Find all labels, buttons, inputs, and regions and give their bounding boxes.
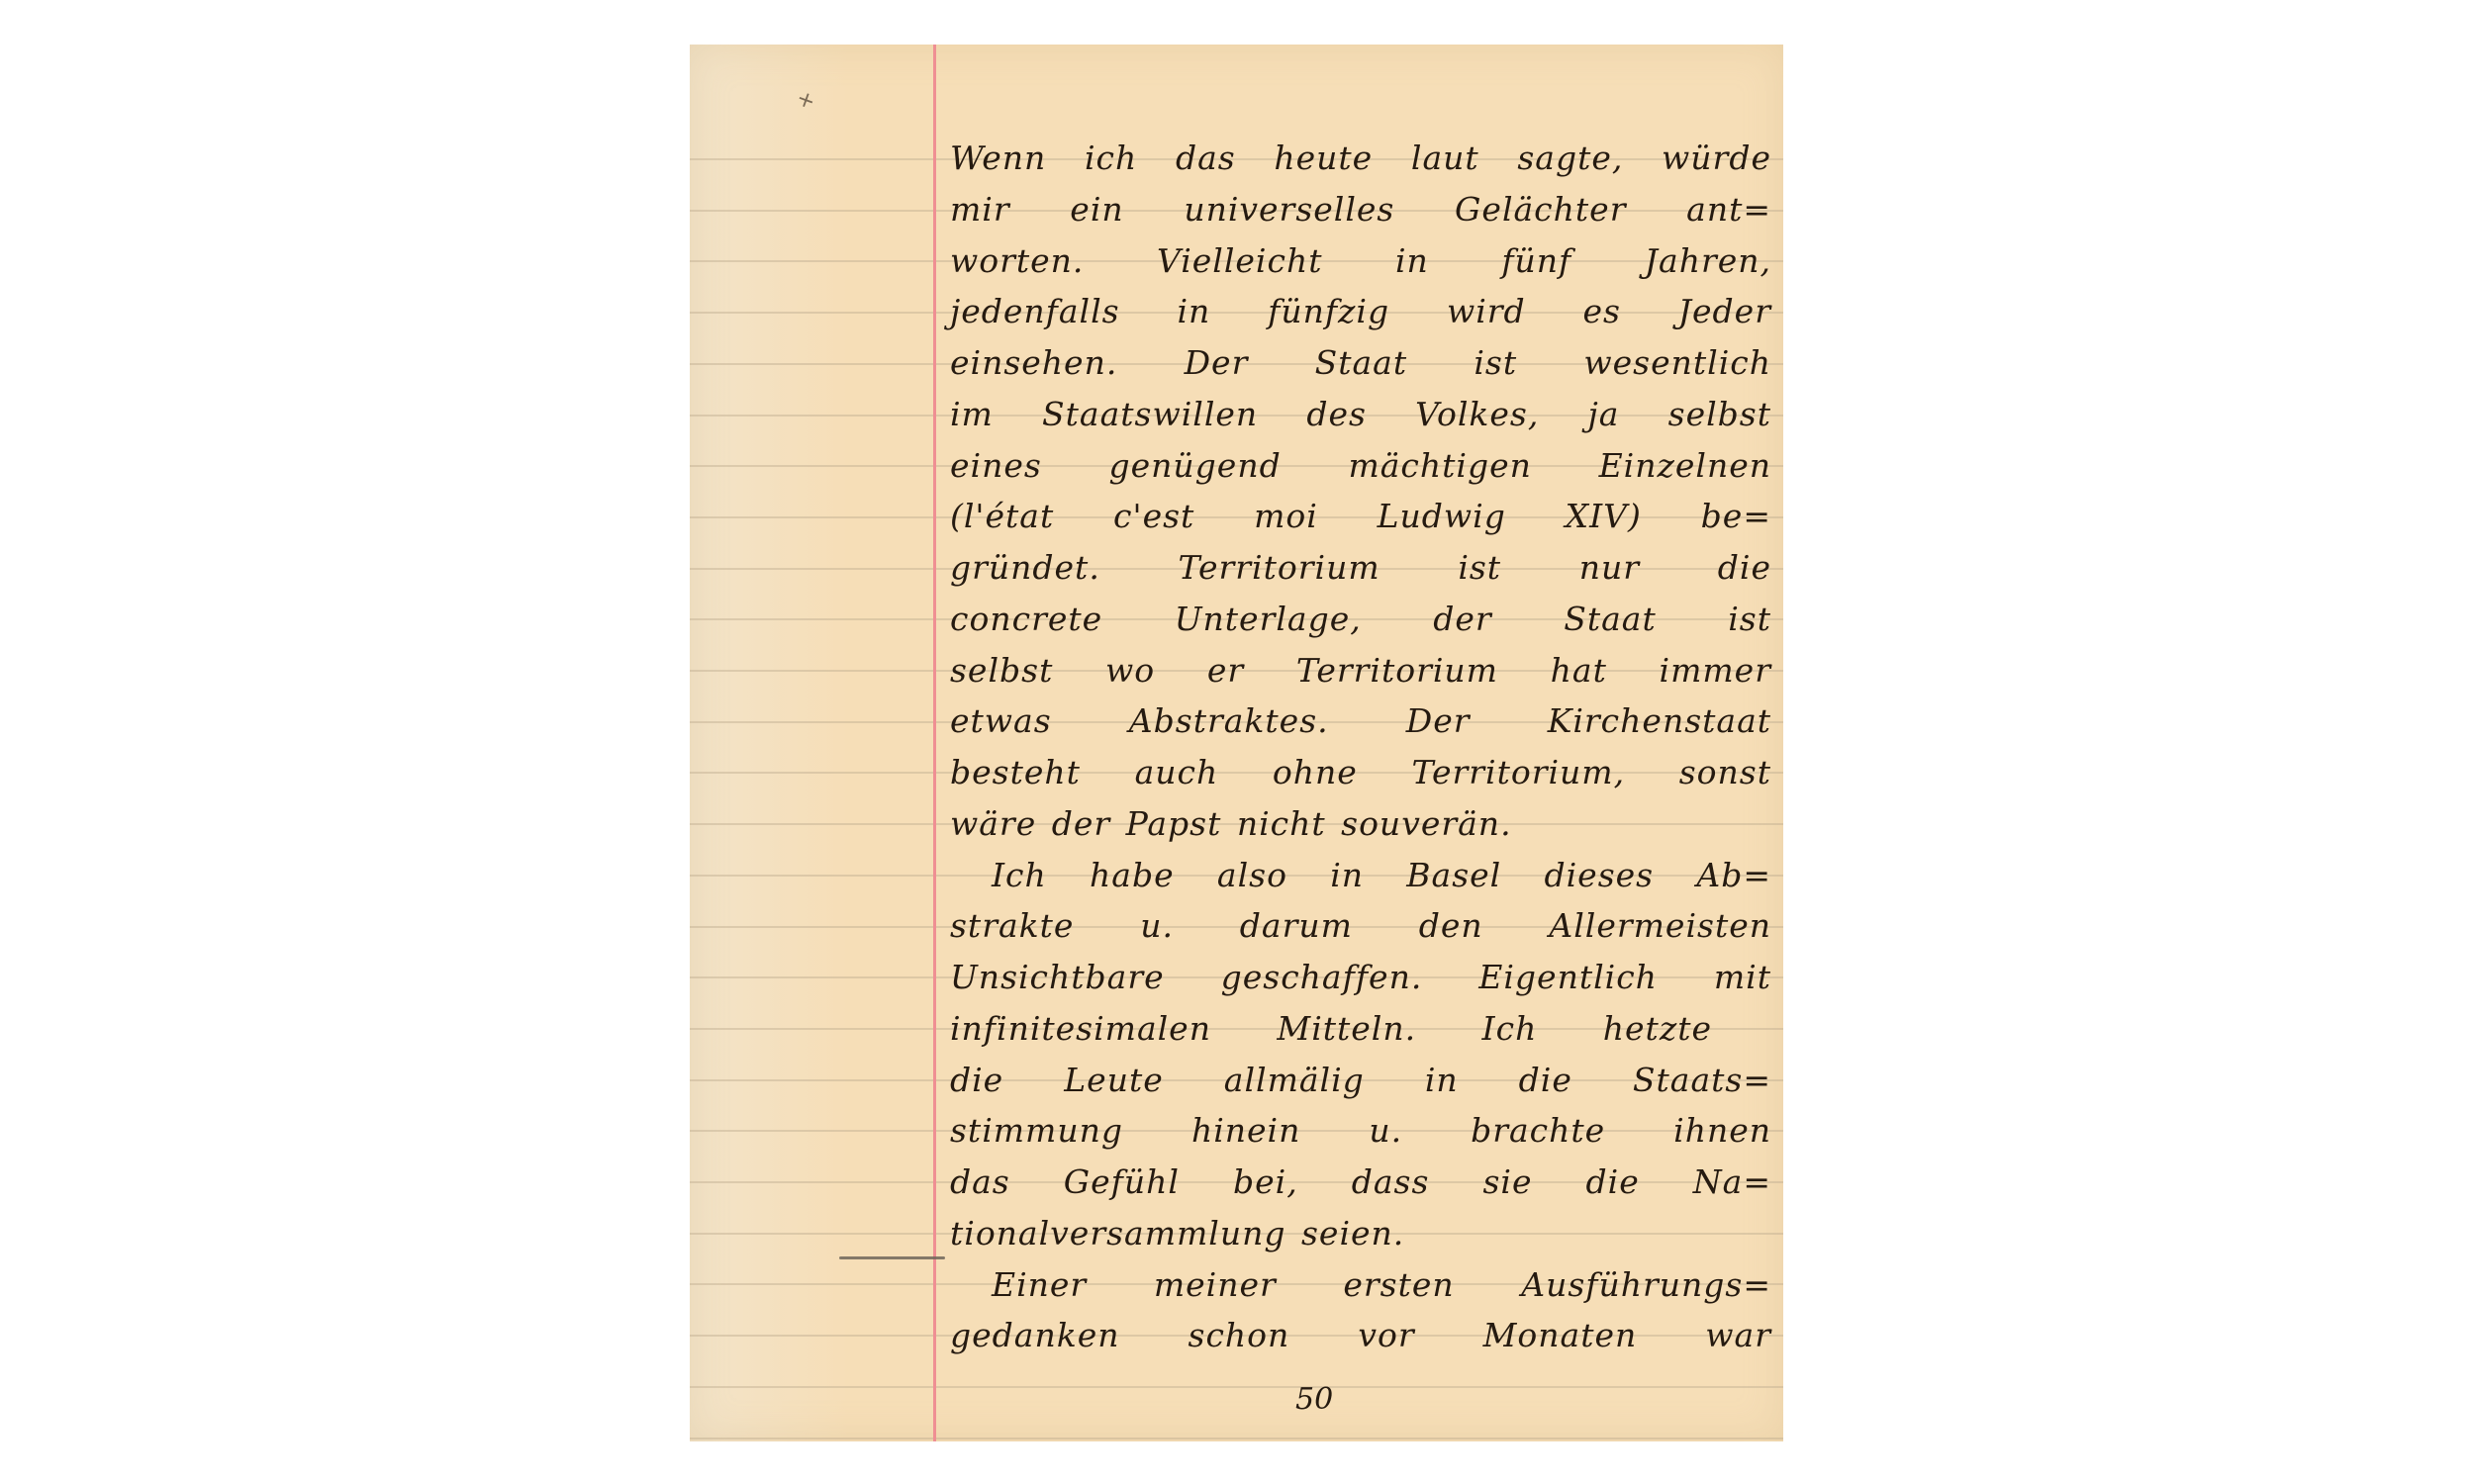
pencil-plus-mark: + [793,86,818,116]
text-line-8: (l'état c'est moi Ludwig XIV) be= [950,491,1771,542]
ruled-line [690,1438,1783,1439]
text-line-24: gedanken schon vor Monaten war [950,1310,1771,1361]
page-number: 50 [1295,1382,1333,1417]
text-line-12: etwas Abstraktes. Der Kirchenstaat [950,696,1771,747]
text-line-6: im Staatswillen des Volkes, ja selbst [950,389,1771,440]
text-line-15: Ich habe also in Basel dieses Ab= [950,850,1771,901]
text-line-9: gründet. Territorium ist nur die [950,542,1771,594]
text-line-19: die Leute allmälig in die Staats= [950,1055,1771,1106]
text-line-20: stimmung hinein u. brachte ihnen [950,1105,1771,1157]
text-line-10: concrete Unterlage, der Staat ist [950,594,1771,645]
red-margin-line [933,45,936,1441]
text-line-4: jedenfalls in fünfzig wird es Jeder [950,286,1771,337]
text-line-14: wäre der Papst nicht souverän. [950,798,1623,850]
manuscript-page: + Wenn ich das heute laut sagte, würde m… [690,45,1783,1441]
text-line-13: besteht auch ohne Territorium, sonst [950,747,1771,798]
text-line-2: mir ein universelles Gelächter ant= [950,184,1771,235]
text-line-11: selbst wo er Territorium hat immer [950,645,1771,696]
text-line-16: strakte u. darum den Allermeisten [950,900,1771,952]
text-line-22: tionalversammlung seien. [950,1208,1504,1259]
text-line-17: Unsichtbare geschaffen. Eigentlich mit [950,952,1771,1003]
text-line-18: infinitesimalen Mitteln. Ich hetzte [950,1003,1712,1055]
pencil-dash-mark [839,1256,945,1259]
text-line-23: Einer meiner ersten Ausführungs= [950,1259,1771,1311]
text-line-1: Wenn ich das heute laut sagte, würde [950,133,1771,184]
text-line-5: einsehen. Der Staat ist wesentlich [950,337,1771,389]
text-line-7: eines genügend mächtigen Einzelnen [950,440,1771,492]
text-line-21: das Gefühl bei, dass sie die Na= [950,1157,1771,1208]
ruled-line [690,1386,1783,1388]
text-line-3: worten. Vielleicht in fünf Jahren, [950,235,1771,287]
